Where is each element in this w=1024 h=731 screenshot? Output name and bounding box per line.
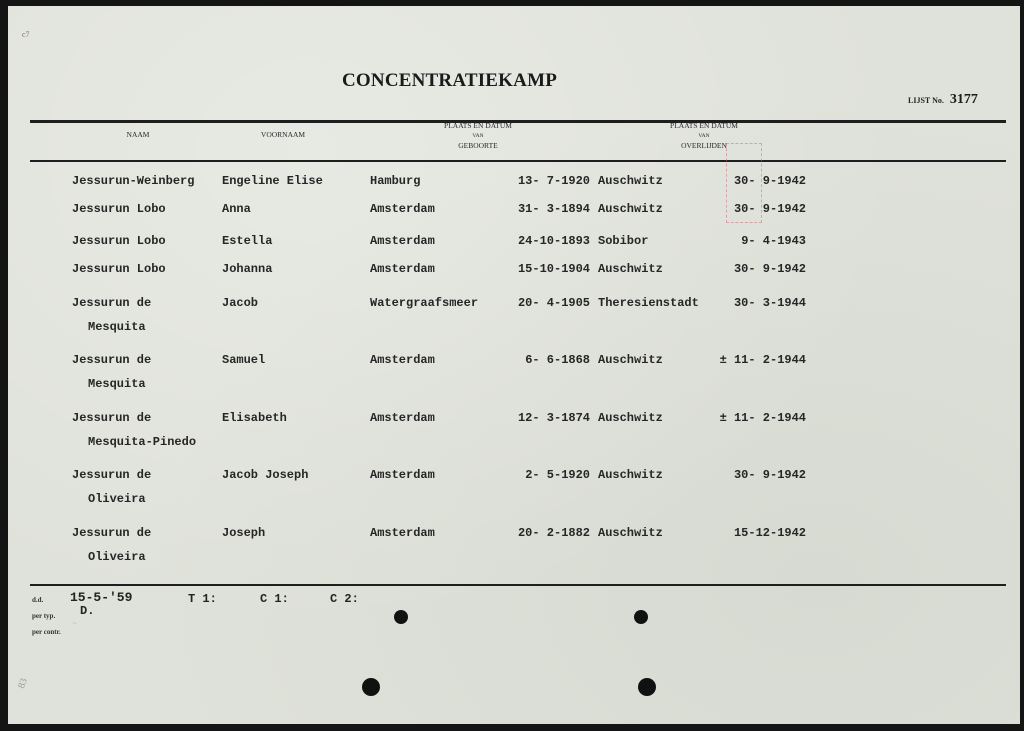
naam: Jessurun de xyxy=(72,353,151,367)
table-row: Jessurun de Mesquita-Pinedo Elisabeth Am… xyxy=(8,411,1020,431)
death-date: 30- 9-1942 xyxy=(734,468,806,482)
column-header-geboorte-line2: VAN xyxy=(418,131,538,141)
birth-date: 20- 2-1882 xyxy=(518,526,590,540)
header-rule xyxy=(30,160,1006,162)
column-header-geboorte: PLAATS EN DATUM VAN GEBOORTE xyxy=(418,121,538,151)
death-place: Auschwitz xyxy=(598,262,663,276)
naam: Jessurun Lobo xyxy=(72,262,166,276)
table-row: Jessurun Lobo Anna Amsterdam 31- 3-1894 … xyxy=(8,202,1020,222)
dd-label: d.d. xyxy=(32,596,43,604)
archive-card: c7 CONCENTRATIEKAMP LIJST No. 3177 NAAM … xyxy=(8,6,1020,724)
column-header-voornaam: VOORNAAM xyxy=(248,130,318,140)
birth-place: Amsterdam xyxy=(370,202,435,216)
voornaam: Joseph xyxy=(222,526,265,540)
death-place: Sobibor xyxy=(598,234,648,248)
naam-continued: Mesquita xyxy=(88,320,146,334)
birth-place: Amsterdam xyxy=(370,411,435,425)
death-place: Auschwitz xyxy=(598,468,663,482)
naam: Jessurun Lobo xyxy=(72,202,166,216)
voornaam: Estella xyxy=(222,234,272,248)
birth-place: Amsterdam xyxy=(370,526,435,540)
footer-rule xyxy=(30,584,1006,586)
c2-label: C 2: xyxy=(330,592,359,606)
column-header-voornaam-label: VOORNAAM xyxy=(261,130,305,139)
naam: Jessurun-Weinberg xyxy=(72,174,194,188)
birth-place: Amsterdam xyxy=(370,353,435,367)
table-row: Jessurun Lobo Estella Amsterdam 24-10-18… xyxy=(8,234,1020,254)
per-typ-label: per typ. xyxy=(32,612,55,620)
death-date: 9- 4-1943 xyxy=(741,234,806,248)
per-contr-label: per contr. xyxy=(32,628,61,636)
naam: Jessurun de xyxy=(72,468,151,482)
table-row: Jessurun de Oliveira Joseph Amsterdam 20… xyxy=(8,526,1020,546)
death-date: 30- 3-1944 xyxy=(734,296,806,310)
birth-date: 31- 3-1894 xyxy=(518,202,590,216)
c1-label: C 1: xyxy=(260,592,289,606)
table-row: Jessurun de Mesquita Jacob Watergraafsme… xyxy=(8,296,1020,316)
death-date: ± 11- 2-1944 xyxy=(720,411,806,425)
death-date: 30- 9-1942 xyxy=(734,174,806,188)
death-place: Auschwitz xyxy=(598,202,663,216)
faint-initials: ~ xyxy=(72,620,77,629)
birth-place: Amsterdam xyxy=(370,468,435,482)
voornaam: Anna xyxy=(222,202,251,216)
table-row: Jessurun-Weinberg Engeline Elise Hamburg… xyxy=(8,174,1020,194)
punch-hole xyxy=(634,610,648,624)
birth-date: 24-10-1893 xyxy=(518,234,590,248)
birth-date: 12- 3-1874 xyxy=(518,411,590,425)
death-date: ± 11- 2-1944 xyxy=(720,353,806,367)
corner-mark: c7 xyxy=(22,30,30,39)
voornaam: Jacob xyxy=(222,296,258,310)
page-title: CONCENTRATIEKAMP xyxy=(342,70,557,92)
column-header-overlijden-line3: OVERLIJDEN xyxy=(681,141,727,150)
birth-date: 20- 4-1905 xyxy=(518,296,590,310)
naam-continued: Mesquita xyxy=(88,377,146,391)
column-header-geboorte-line3: GEBOORTE xyxy=(458,141,498,150)
death-place: Auschwitz xyxy=(598,526,663,540)
birth-date: 13- 7-1920 xyxy=(518,174,590,188)
list-number-value: 3177 xyxy=(950,92,978,107)
dd-value: 15-5-'59 xyxy=(70,590,132,605)
birth-place: Amsterdam xyxy=(370,262,435,276)
death-date: 30- 9-1942 xyxy=(734,202,806,216)
birth-date: 15-10-1904 xyxy=(518,262,590,276)
naam-continued: Oliveira xyxy=(88,550,146,564)
table-row: Jessurun de Mesquita Samuel Amsterdam 6-… xyxy=(8,353,1020,373)
column-header-geboorte-line1: PLAATS EN DATUM xyxy=(444,121,512,130)
column-header-overlijden-line2: VAN xyxy=(644,131,764,141)
voornaam: Samuel xyxy=(222,353,265,367)
column-header-naam-label: NAAM xyxy=(127,130,150,139)
death-date: 30- 9-1942 xyxy=(734,262,806,276)
naam-continued: Mesquita-Pinedo xyxy=(88,435,196,449)
birth-date: 2- 5-1920 xyxy=(525,468,590,482)
naam-continued: Oliveira xyxy=(88,492,146,506)
voornaam: Engeline Elise xyxy=(222,174,323,188)
naam: Jessurun de xyxy=(72,296,151,310)
birth-place: Hamburg xyxy=(370,174,420,188)
death-place: Auschwitz xyxy=(598,353,663,367)
death-date: 15-12-1942 xyxy=(734,526,806,540)
list-number: LIJST No. 3177 xyxy=(908,92,978,108)
per-typ-value: D. xyxy=(80,604,94,618)
table-row: Jessurun de Oliveira Jacob Joseph Amster… xyxy=(8,468,1020,488)
column-header-overlijden-line1: PLAATS EN DATUM xyxy=(670,121,738,130)
death-place: Auschwitz xyxy=(598,411,663,425)
t1-label: T 1: xyxy=(188,592,217,606)
voornaam: Jacob Joseph xyxy=(222,468,308,482)
list-number-label: LIJST No. xyxy=(908,96,944,105)
punch-hole xyxy=(638,678,656,696)
birth-place: Amsterdam xyxy=(370,234,435,248)
table-row: Jessurun Lobo Johanna Amsterdam 15-10-19… xyxy=(8,262,1020,282)
naam: Jessurun de xyxy=(72,411,151,425)
punch-hole xyxy=(362,678,380,696)
naam: Jessurun de xyxy=(72,526,151,540)
naam: Jessurun Lobo xyxy=(72,234,166,248)
pencil-mark: 83 xyxy=(16,677,30,690)
birth-place: Watergraafsmeer xyxy=(370,296,478,310)
birth-date: 6- 6-1868 xyxy=(525,353,590,367)
death-place: Theresienstadt xyxy=(598,296,699,310)
voornaam: Elisabeth xyxy=(222,411,287,425)
column-header-naam: NAAM xyxy=(108,130,168,140)
death-place: Auschwitz xyxy=(598,174,663,188)
punch-hole xyxy=(394,610,408,624)
voornaam: Johanna xyxy=(222,262,272,276)
